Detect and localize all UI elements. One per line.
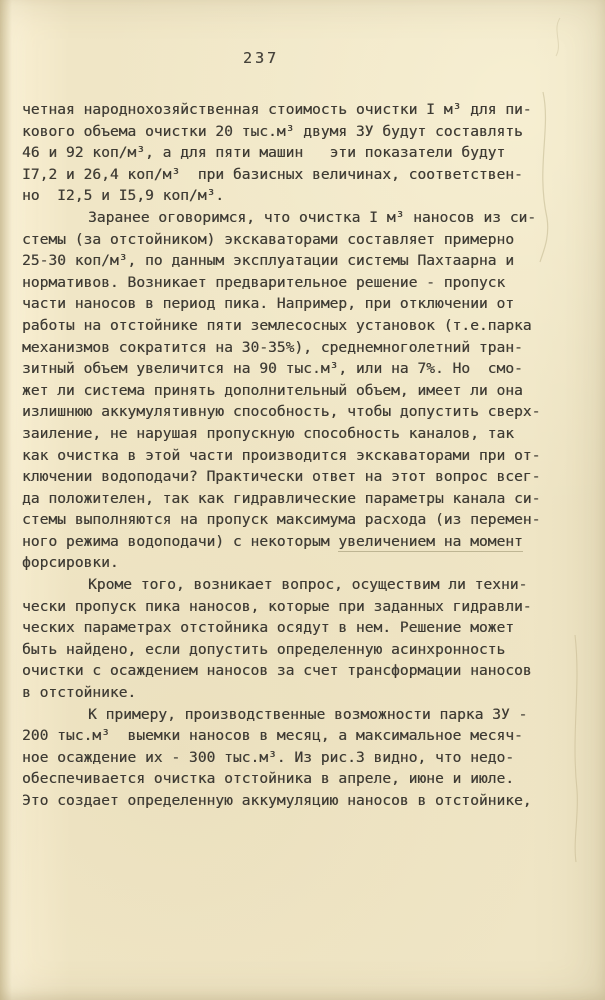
text-line: стемы выполняются на пропуск максимума р… (22, 509, 582, 531)
text-line: работы на отстойнике пяти землесосных ус… (22, 315, 582, 337)
text-line: механизмов сократится на 30-35%), средне… (22, 337, 582, 359)
text-line: да положителен, так как гидравлические п… (22, 488, 582, 510)
text-line: заиление, не нарушая пропускную способно… (22, 423, 582, 445)
text-line: части наносов в период пика. Например, п… (22, 293, 582, 315)
scanned-page: 237 четная народнохозяйственная стоимост… (0, 0, 605, 1000)
text-line: жет ли система принять дополнительный об… (22, 380, 582, 402)
text-line: чески пропуск пика наносов, которые при … (22, 596, 582, 618)
text-block: четная народнохозяйственная стоимость оч… (22, 99, 582, 812)
text-line: 46 и 92 коп/м³, а для пяти машин эти пок… (22, 142, 582, 164)
text-line: стемы (за отстойником) экскаваторами сос… (22, 229, 582, 251)
text-line: в отстойнике. (22, 682, 582, 704)
text-line: кового объема очистки 20 тыс.м³ двумя ЗУ… (22, 121, 582, 143)
pencil-underline: увеличением на момент (338, 533, 523, 552)
text-line: Кроме того, возникает вопрос, осуществим… (22, 574, 582, 596)
text-line: ключении водоподачи? Практически ответ н… (22, 466, 582, 488)
text-line: Заранее оговоримся, что очистка I м³ нан… (22, 207, 582, 229)
paragraph: К примеру, производственные возможности … (22, 704, 582, 812)
text-line: К примеру, производственные возможности … (22, 704, 582, 726)
text-line: как очистка в этой части производится эк… (22, 445, 582, 467)
text-line: четная народнохозяйственная стоимость оч… (22, 99, 582, 121)
text-line: излишнюю аккумулятивную способность, что… (22, 401, 582, 423)
page-number: 237 (243, 49, 279, 67)
text-line: 25-30 коп/м³, по данным эксплуатации сис… (22, 250, 582, 272)
paragraph: Заранее оговоримся, что очистка I м³ нан… (22, 207, 582, 574)
text-line: 200 тыс.м³ выемки наносов в месяц, а мак… (22, 725, 582, 747)
text-line: ное осаждение их - 300 тыс.м³. Из рис.3 … (22, 747, 582, 769)
text-line: Это создает определенную аккумуляцию нан… (22, 790, 582, 812)
text-line: обеспечивается очистка отстойника в апре… (22, 768, 582, 790)
text-line: очистки с осаждением наносов за счет тра… (22, 660, 582, 682)
text-line: зитный объем увеличится на 90 тыс.м³, ил… (22, 358, 582, 380)
text-line: ного режима водоподачи) с некоторым увел… (22, 531, 582, 553)
text-line: I7,2 и 26,4 коп/м³ при базисных величина… (22, 164, 582, 186)
text-line: форсировки. (22, 552, 582, 574)
paragraph: Кроме того, возникает вопрос, осуществим… (22, 574, 582, 704)
text-line: ческих параметрах отстойника осядут в не… (22, 617, 582, 639)
text-line: нормативов. Возникает предварительное ре… (22, 272, 582, 294)
text-line: но I2,5 и I5,9 коп/м³. (22, 185, 582, 207)
paragraph: четная народнохозяйственная стоимость оч… (22, 99, 582, 207)
text-line: быть найдено, если допустить определенну… (22, 639, 582, 661)
